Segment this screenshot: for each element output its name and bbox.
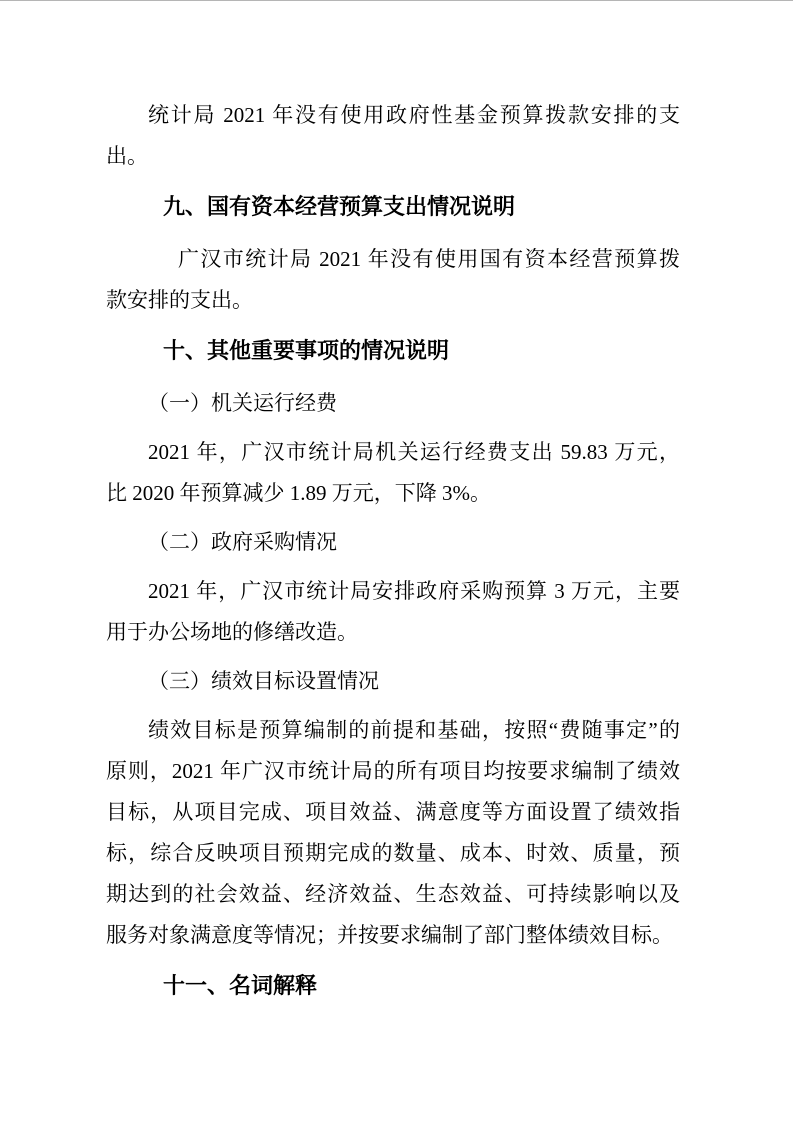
subheading-3-performance-goal-setting: （三）绩效目标设置情况	[106, 661, 680, 702]
text-line: 2021 年，广汉市统计局安排政府采购预算 3 万元，主要	[106, 571, 680, 612]
document-page: 统计局 2021 年没有使用政府性基金预算拨款安排的支 出。 九、国有资本经营预…	[0, 0, 793, 1122]
subheading-1-agency-operating-funds: （一）机关运行经费	[106, 383, 680, 424]
subheading-2-government-procurement: （二）政府采购情况	[106, 522, 680, 563]
text-line: 统计局 2021 年没有使用政府性基金预算拨款安排的支	[106, 95, 680, 136]
text-line: 原则，2021 年广汉市统计局的所有项目均按要求编制了绩效	[106, 751, 680, 792]
text-line: 服务对象满意度等情况；并按要求编制了部门整体绩效目标。	[106, 915, 680, 956]
text-line: 款安排的支出。	[106, 280, 680, 321]
text-line: 绩效目标是预算编制的前提和基础，按照“费随事定”的	[106, 710, 680, 751]
heading-section-10-other-important-matters: 十、其他重要事项的情况说明	[106, 329, 680, 373]
text-line: 广汉市统计局 2021 年没有使用国有资本经营预算拨	[106, 239, 680, 280]
paragraph-operating-funds: 2021 年，广汉市统计局机关运行经费支出 59.83 万元， 比 2020 年…	[106, 432, 680, 514]
text-line: 期达到的社会效益、经济效益、生态效益、可持续影响以及	[106, 874, 680, 915]
text-line: 标，综合反映项目预期完成的数量、成本、时效、质量，预	[106, 833, 680, 874]
paragraph-performance-goals: 绩效目标是预算编制的前提和基础，按照“费随事定”的 原则，2021 年广汉市统计…	[106, 710, 680, 956]
text-line: 出。	[106, 136, 680, 177]
heading-section-9-state-capital-budget: 九、国有资本经营预算支出情况说明	[106, 185, 680, 229]
text-line: 比 2020 年预算减少 1.89 万元，下降 3%。	[106, 473, 680, 514]
text-line: 目标，从项目完成、项目效益、满意度等方面设置了绩效指	[106, 792, 680, 833]
paragraph-gov-fund-expenditure: 统计局 2021 年没有使用政府性基金预算拨款安排的支 出。	[106, 95, 680, 177]
paragraph-procurement: 2021 年，广汉市统计局安排政府采购预算 3 万元，主要 用于办公场地的修缮改…	[106, 571, 680, 653]
heading-section-11-glossary: 十一、名词解释	[106, 964, 680, 1008]
paragraph-state-capital-expenditure: 广汉市统计局 2021 年没有使用国有资本经营预算拨 款安排的支出。	[106, 239, 680, 321]
text-line: 2021 年，广汉市统计局机关运行经费支出 59.83 万元，	[106, 432, 680, 473]
text-line: 用于办公场地的修缮改造。	[106, 612, 680, 653]
